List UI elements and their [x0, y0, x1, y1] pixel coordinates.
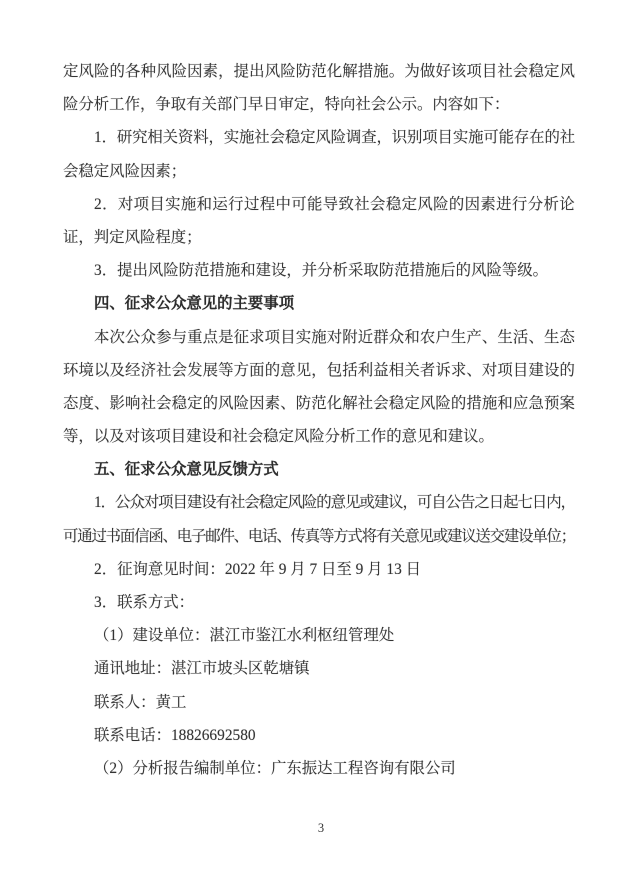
doc-list-item-3: 3．提出风险防范措施和建设，并分析采取防范措施后的风险等级。: [63, 254, 575, 287]
section-heading-text: 五、征求公众意见反馈方式: [94, 461, 279, 478]
doc-line: 环境以及经济社会发展等方面的意见，包括利益相关者诉求、对项目建设的: [63, 354, 575, 387]
doc-line: 险分析工作，争取有关部门早日审定，特向社会公示。内容如下：: [63, 88, 575, 121]
doc-list-item-2: 2．对项目实施和运行过程中可能导致社会稳定风险的因素进行分析论: [63, 188, 575, 221]
doc-list-item-3: 3．联系方式：: [63, 586, 575, 619]
doc-line: 等，以及对该项目建设和社会稳定风险分析工作的意见和建议。: [63, 420, 575, 453]
doc-line-text: 1．研究相关资料，实施社会稳定风险调查，识别项目实施可能存在的社: [94, 129, 575, 146]
page-number: 3: [0, 820, 642, 837]
doc-line: 本次公众参与重点是征求项目实施对附近群众和农户生产、生活、生态: [63, 321, 575, 354]
doc-line-text: 环境以及经济社会发展等方面的意见，包括利益相关者诉求、对项目建设的: [63, 362, 575, 379]
document-page-body: 定风险的各种风险因素，提出风险防范化解措施。为做好该项目社会稳定风 险分析工作，…: [63, 55, 575, 785]
doc-line-text: 可通过书面信函、电子邮件、电话、传真等方式将有关意见或建议送交建设单位；: [63, 528, 575, 545]
doc-line-text: 证，判定风险程度；: [63, 229, 202, 246]
report-compiler-line: （2）分析报告编制单位：广东振达工程咨询有限公司: [63, 752, 575, 785]
doc-list-item-1: 1．公众对项目建设有社会稳定风险的意见或建议，可自公告之日起七日内，: [63, 486, 575, 519]
doc-line: 会稳定风险因素；: [63, 155, 575, 188]
doc-line: 态度、影响社会稳定的风险因素、防范化解社会稳定风险的措施和应急预案: [63, 387, 575, 420]
contact-address-line: 通讯地址：湛江市坡头区乾塘镇: [63, 652, 575, 685]
doc-line-text: 会稳定风险因素；: [63, 163, 186, 180]
doc-line-text: （2）分析报告编制单位：广东振达工程咨询有限公司: [94, 760, 456, 777]
contact-person-line: 联系人：黄工: [63, 686, 575, 719]
doc-line-text: 联系人：黄工: [94, 694, 186, 711]
section-heading-4: 四、征求公众意见的主要事项: [63, 287, 575, 320]
doc-line-text: 联系电话：18826692580: [94, 727, 256, 744]
doc-line-text: 险分析工作，争取有关部门早日审定，特向社会公示。内容如下：: [63, 96, 509, 113]
contact-phone-line: 联系电话：18826692580: [63, 719, 575, 752]
doc-line-text: 2．对项目实施和运行过程中可能导致社会稳定风险的因素进行分析论: [94, 196, 575, 213]
doc-line-text: 3．提出风险防范措施和建设，并分析采取防范措施后的风险等级。: [94, 262, 548, 279]
contact-builder-line: （1）建设单位：湛江市鉴江水利枢纽管理处: [63, 619, 575, 652]
doc-line-text: （1）建设单位：湛江市鉴江水利枢纽管理处: [94, 627, 394, 644]
doc-line-text: 通讯地址：湛江市坡头区乾塘镇: [94, 660, 309, 677]
doc-line-text: 定风险的各种风险因素，提出风险防范化解措施。为做好该项目社会稳定风: [63, 63, 575, 80]
doc-line-text: 态度、影响社会稳定的风险因素、防范化解社会稳定风险的措施和应急预案: [63, 395, 575, 412]
section-heading-5: 五、征求公众意见反馈方式: [63, 453, 575, 486]
doc-list-item-2: 2．征询意见时间：2022 年 9 月 7 日至 9 月 13 日: [63, 553, 575, 586]
doc-list-item-1: 1．研究相关资料，实施社会稳定风险调查，识别项目实施可能存在的社: [63, 121, 575, 154]
doc-line-text: 等，以及对该项目建设和社会稳定风险分析工作的意见和建议。: [63, 428, 494, 445]
doc-line: 证，判定风险程度；: [63, 221, 575, 254]
doc-line: 可通过书面信函、电子邮件、电话、传真等方式将有关意见或建议送交建设单位；: [63, 520, 575, 553]
doc-line-text: 2．征询意见时间：2022 年 9 月 7 日至 9 月 13 日: [94, 561, 421, 578]
doc-line-text: 1．公众对项目建设有社会稳定风险的意见或建议，可自公告之日起七日内，: [94, 494, 575, 511]
doc-line-text: 本次公众参与重点是征求项目实施对附近群众和农户生产、生活、生态: [94, 329, 575, 346]
doc-line-text: 3．联系方式：: [94, 594, 194, 611]
doc-line: 定风险的各种风险因素，提出风险防范化解措施。为做好该项目社会稳定风: [63, 55, 575, 88]
section-heading-text: 四、征求公众意见的主要事项: [94, 295, 294, 312]
